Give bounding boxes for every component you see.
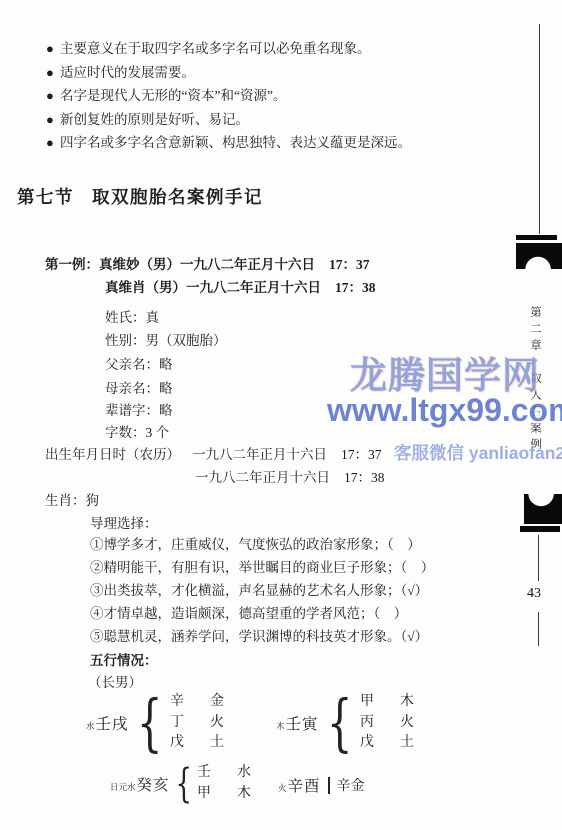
bullet-icon: ● [46, 84, 60, 108]
field-value: 男（双胞胎） [146, 333, 227, 348]
bullet-text: 四字名或多字名含意新颖、构思独特、表达义蕴更是深远。 [60, 131, 411, 155]
birth-label: 出生年月日时（农历） [45, 447, 180, 462]
element-char: 木 [237, 784, 251, 805]
pillar-prefix: 木 [276, 720, 285, 732]
pillar-guihai: 日元水 癸亥 { 壬水 甲木 [110, 763, 251, 804]
zodiac-line: 生肖：狗 [45, 489, 99, 509]
section-number: 第七节 [17, 187, 74, 207]
field-label: 姓氏： [105, 310, 146, 325]
twin2-name: 真维肖（男） [105, 280, 186, 295]
field-value: 真 [146, 310, 160, 325]
bullet-icon: ● [46, 37, 60, 61]
stem-char: 甲 [197, 784, 213, 805]
birth-date-1: 一九八二年正月十六日 [192, 447, 327, 462]
brace-icon: { [136, 694, 162, 752]
field-surname: 姓氏：真 [105, 306, 159, 326]
pillar-name: 壬戌 [96, 712, 129, 734]
field-charcount: 字数：3 个 [105, 421, 169, 441]
bullet-text: 新创复姓的原则是好听、易记。 [60, 108, 249, 132]
thumb-tab-bottom [524, 494, 562, 524]
field-father: 父亲名：略 [105, 353, 173, 373]
pillar-rows: 壬水 甲木 [197, 763, 251, 804]
tab-bar-top [516, 235, 557, 240]
bullet-icon: ● [46, 108, 60, 132]
pillar-row: 戊土 [170, 733, 224, 754]
pillar-row: 甲木 [197, 784, 251, 805]
field-label: 性别： [105, 333, 146, 348]
field-value: 略 [159, 381, 173, 396]
pillar-name: 癸亥 [137, 773, 170, 795]
element-char: 金 [210, 692, 224, 713]
twin2-date: 一九八二年正月十六日 [186, 280, 321, 295]
twin1-time: 17：37 [329, 257, 370, 272]
pillar-row: 丁火 [170, 713, 224, 734]
pillar-row: 丙火 [360, 713, 414, 734]
twin1-name: 真维妙（男） [99, 257, 180, 272]
stem-char: 辛 [170, 692, 186, 713]
pillar-name: 壬寅 [286, 712, 319, 734]
option-5: ⑤聪慧机灵，涵养学问，学识渊博的科技英才形象。（√） [90, 625, 428, 645]
example-label: 第一例： [45, 257, 99, 272]
element-char: 木 [400, 692, 414, 713]
field-gender: 性别：男（双胞胎） [105, 329, 227, 349]
option-4: ④才情卓越，造诣颇深，德高望重的学者风范；（ ） [90, 602, 407, 622]
stem-char: 丁 [170, 713, 186, 734]
divider-bar [328, 777, 330, 794]
section-title: 取双胞胎名案例手记 [92, 187, 263, 207]
list-item: ●新创复姓的原则是好听、易记。 [46, 108, 411, 132]
field-generation: 辈谱字：略 [105, 399, 173, 419]
example-line-1: 第一例：真维妙（男）一九八二年正月十六日17：37 [45, 253, 370, 273]
page-number: 43 [527, 586, 541, 602]
stem-char: 戊 [360, 733, 376, 754]
bullet-icon: ● [46, 131, 60, 155]
stem-char: 甲 [360, 692, 376, 713]
pillar-renxu: 水 壬戌 { 辛金 丁火 戊土 [86, 692, 224, 754]
list-item: ●四字名或多字名含意新颖、构思独特、表达义蕴更是深远。 [46, 131, 411, 155]
book-page: ●主要意义在于取四字名或多字名可以必免重名现象。 ●适应时代的发展需要。 ●名字… [0, 0, 562, 830]
element-char: 火 [400, 713, 414, 734]
eldest-son-label: （长男） [88, 671, 142, 691]
element-char: 水 [237, 763, 251, 784]
list-item: ●主要意义在于取四字名或多字名可以必免重名现象。 [46, 37, 411, 61]
bullet-text: 主要意义在于取四字名或多字名可以必免重名现象。 [60, 37, 371, 61]
pillar-rows: 甲木 丙火 戊土 [360, 692, 414, 754]
margin-rule-bottom [538, 612, 539, 646]
element-char: 土 [210, 733, 224, 754]
field-label: 父亲名： [105, 357, 159, 372]
birth-line-2: 一九八二年正月十六日17：38 [195, 466, 385, 486]
field-value: 略 [159, 357, 173, 372]
twin1-date: 一九八二年正月十六日 [180, 257, 315, 272]
option-3: ③出类拔萃，才化横溢，声名显赫的艺术名人形象；（√） [90, 579, 428, 599]
field-label: 母亲名： [105, 381, 159, 396]
wuxing-label: 五行情况： [90, 649, 158, 669]
pillar-row: 辛金 [170, 692, 224, 713]
stem-char: 壬 [197, 763, 213, 784]
guide-label: 导理选择： [90, 512, 158, 532]
stem-char: 戊 [170, 733, 186, 754]
option-1: ①博学多才，庄重威仪，气度恢弘的政治家形象；（ ） [90, 533, 421, 553]
pillar-name: 辛酉 [288, 774, 321, 796]
option-2: ②精明能干，有胆有识，举世瞩目的商业巨子形象；（ ） [90, 556, 434, 576]
watermark-contact: 客服微信 yanliaofan225 [394, 440, 562, 465]
stem-char: 丙 [360, 713, 376, 734]
pillar-row: 戊土 [360, 733, 414, 754]
birth-date-2: 一九八二年正月十六日 [195, 470, 330, 485]
section-heading: 第七节取双胞胎名案例手记 [17, 184, 263, 209]
pillar-rows: 辛金 丁火 戊土 [170, 692, 224, 754]
pillar-row: 壬水 [197, 763, 251, 784]
list-item: ●名字是现代人无形的“资本”和“资源”。 [46, 84, 411, 108]
element-char: 土 [400, 733, 414, 754]
field-value: 略 [159, 403, 173, 418]
birth-time-2: 17：38 [344, 470, 385, 485]
pillar-prefix: 水 [86, 720, 95, 732]
element-value: 辛金 [337, 775, 365, 795]
zodiac-label: 生肖： [45, 493, 86, 508]
birth-line-1: 出生年月日时（农历）一九八二年正月十六日17：37 [45, 443, 382, 463]
watermark-site-name: 龙腾国学网 [350, 345, 540, 399]
field-label: 字数： [105, 425, 146, 440]
field-mother: 母亲名：略 [105, 377, 173, 397]
pillar-renyin: 木 壬寅 { 甲木 丙火 戊土 [276, 692, 414, 754]
list-item: ●适应时代的发展需要。 [46, 61, 411, 85]
pillar-prefix: 日元水 [110, 781, 136, 793]
field-label: 辈谱字： [105, 403, 159, 418]
field-value: 3 个 [146, 425, 170, 440]
margin-rule-top [539, 24, 540, 234]
thumb-tab-top [516, 243, 562, 269]
tab-bar-bottom [520, 526, 560, 532]
bullet-text: 适应时代的发展需要。 [60, 61, 195, 85]
element-char: 火 [210, 713, 224, 734]
pillar-xinyou: 火 辛酉 辛金 [278, 774, 365, 796]
birth-time-1: 17：37 [341, 447, 382, 462]
pillar-row: 甲木 [360, 692, 414, 713]
twin2-time: 17：38 [335, 280, 376, 295]
bullet-icon: ● [46, 61, 60, 85]
brace-icon: { [175, 765, 192, 803]
brace-icon: { [326, 694, 352, 752]
example-line-2: 真维肖（男）一九八二年正月十六日17：38 [105, 276, 376, 296]
bullet-text: 名字是现代人无形的“资本”和“资源”。 [60, 84, 286, 108]
pillar-prefix: 火 [278, 782, 287, 794]
bullet-list: ●主要意义在于取四字名或多字名可以必免重名现象。 ●适应时代的发展需要。 ●名字… [46, 37, 411, 155]
watermark-url: www.ltgx99.com [327, 392, 562, 429]
margin-rule-mid [538, 535, 539, 581]
zodiac-value: 狗 [86, 493, 100, 508]
